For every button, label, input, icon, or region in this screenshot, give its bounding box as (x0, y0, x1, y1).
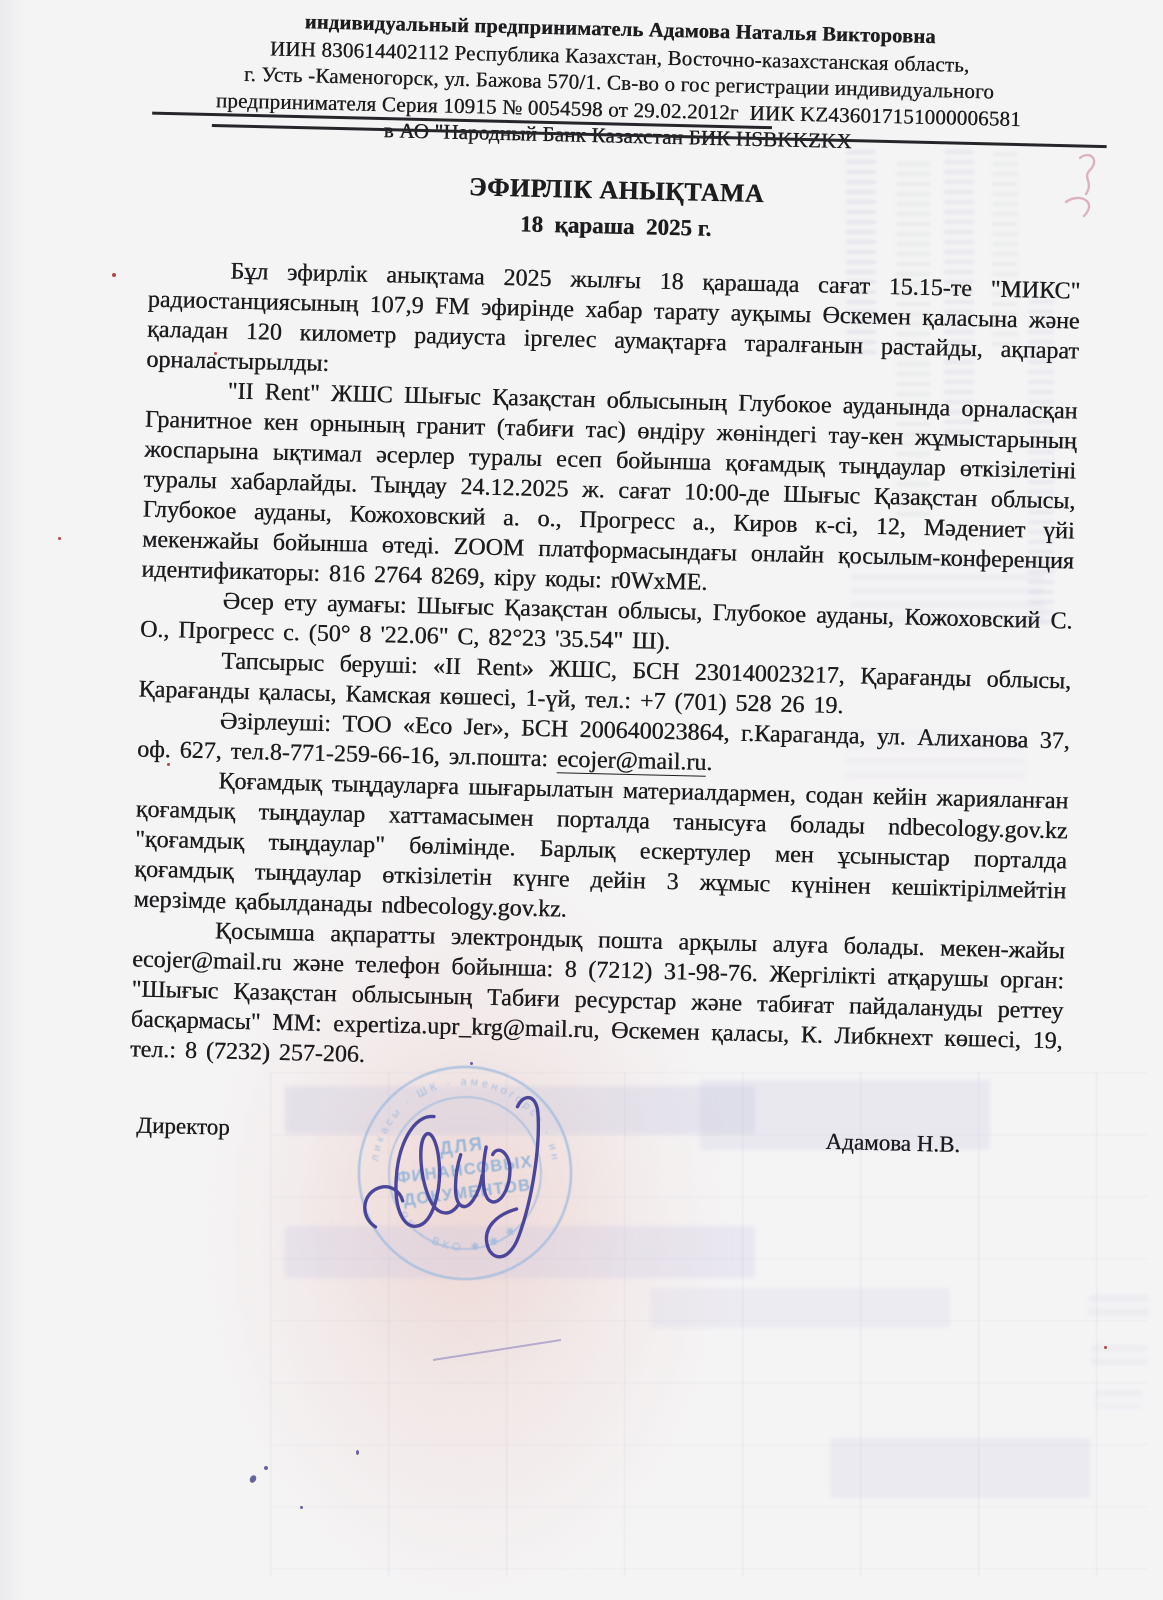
paragraph-contact-info: Қосымша ақпаратты электрондық пошта арқы… (130, 914, 1065, 1086)
ink-speck (1104, 1346, 1107, 1349)
signature-stroke (477, 1097, 548, 1258)
faint-pen-stroke (433, 1340, 561, 1360)
developer-email: ecojer@mail.ru (557, 746, 707, 777)
signature-stroke (391, 1115, 459, 1227)
paragraph-broadcast-confirmation: Бұл эфирлік анықтама 2025 жылғы 18 қараш… (146, 254, 1081, 396)
document-body: Бұл эфирлік анықтама 2025 жылғы 18 қараш… (130, 254, 1081, 1086)
signatory-name: Адамова Н.В. (825, 1128, 960, 1157)
bleed-through-fragment (1094, 1390, 1144, 1408)
paragraph-portal-info: Қоғамдық тыңдауларға шығарылатын материа… (133, 764, 1068, 936)
pen-mark-stroke (1080, 155, 1094, 194)
bleed-through-block (830, 1438, 1090, 1498)
ink-speck (356, 1450, 359, 1455)
bleed-through-fragment (1090, 1345, 1148, 1365)
letterhead: индивидуальный предприниматель Адамова Н… (153, 6, 1086, 160)
developer-text-end: . (706, 749, 713, 775)
ink-speck (300, 1506, 303, 1509)
signatory-role: Директор (136, 1112, 230, 1140)
ink-speck (264, 1466, 268, 1470)
paragraph-hearing-announcement: "II Rent" ЖШС Шығыс Қазақстан облысының … (141, 374, 1078, 606)
signature-stroke (453, 1153, 484, 1207)
signature-stroke (481, 1145, 512, 1202)
document-content: индивидуальный предприниматель Адамова Н… (0, 0, 1163, 1162)
scanned-document-page: индивидуальный предприниматель Адамова Н… (0, 0, 1163, 1600)
pen-mark-stroke (1066, 198, 1089, 216)
bleed-through-fragment (1088, 1295, 1150, 1319)
handwritten-signature (333, 1068, 613, 1378)
pen-mark (1050, 146, 1120, 246)
bleed-through-block (650, 1288, 950, 1328)
